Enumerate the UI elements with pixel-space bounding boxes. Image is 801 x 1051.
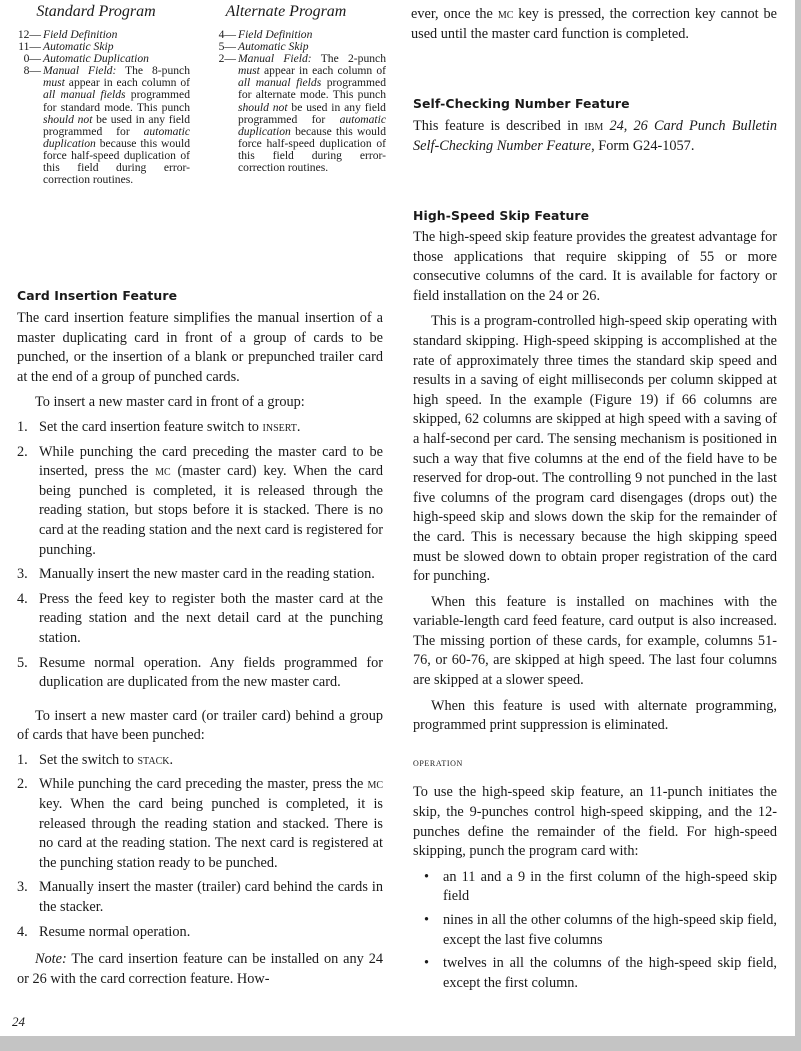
list-item: 3.Manually insert the new master card in… — [17, 565, 383, 585]
list-item: 2.While punching the card preceding the … — [17, 775, 383, 873]
list-item: 1.Set the card insertion feature switch … — [17, 418, 383, 438]
behind-insert-steps: 1.Set the switch to stack.2.While punchi… — [17, 751, 383, 942]
alternate-program-title: Alternate Program — [196, 3, 376, 21]
step-number: 1. — [17, 751, 28, 771]
front-insert-lead: To insert a new master card in front of … — [17, 393, 383, 413]
operation-bullets: •an 11 and a 9 in the first column of th… — [413, 868, 777, 994]
punch-code: 2— — [210, 53, 236, 65]
bullet-icon: • — [424, 868, 429, 888]
punch-code: 8— — [15, 65, 41, 77]
self-checking-section: Self-Checking Number Feature This featur… — [413, 96, 777, 156]
card-insertion-section: Card Insertion Feature The card insertio… — [17, 288, 383, 989]
operation-text: To use the high-speed skip feature, an 1… — [413, 783, 777, 861]
hss-paragraph-4: When this feature is used with alternate… — [413, 697, 777, 736]
list-item: 4.Resume normal operation. — [17, 923, 383, 943]
step-number: 5. — [17, 654, 28, 674]
card-insertion-heading: Card Insertion Feature — [17, 288, 383, 303]
operation-subheading: Operation — [413, 754, 777, 774]
step-number: 4. — [17, 923, 28, 943]
bullet-icon: • — [424, 911, 429, 931]
step-number: 2. — [17, 775, 28, 795]
card-insertion-intro: The card insertion feature simplifies th… — [17, 309, 383, 387]
list-item: 5.Resume normal operation. Any fields pr… — [17, 654, 383, 693]
program-code-item: 8—Manual Field: The 8-punch must appear … — [15, 65, 190, 186]
list-item: 4.Press the feed key to register both th… — [17, 590, 383, 649]
note-label: Note: — [35, 951, 67, 967]
self-checking-heading: Self-Checking Number Feature — [413, 96, 777, 111]
front-insert-steps: 1.Set the card insertion feature switch … — [17, 418, 383, 693]
standard-program-list: 12—Field Definition11—Automatic Skip0—Au… — [15, 29, 190, 186]
list-item: 1.Set the switch to stack. — [17, 751, 383, 771]
behind-insert-lead: To insert a new master card (or trailer … — [17, 707, 383, 746]
list-item: •an 11 and a 9 in the first column of th… — [413, 868, 777, 907]
hss-paragraph-1: The high-speed skip feature provides the… — [413, 228, 777, 306]
step-number: 2. — [17, 443, 28, 463]
standard-program-title: Standard Program — [6, 3, 186, 21]
self-checking-text: This feature is described in ibm 24, 26 … — [413, 117, 777, 156]
note-continuation: ever, once the mc key is pressed, the co… — [411, 5, 777, 44]
bullet-icon: • — [424, 954, 429, 974]
high-speed-skip-heading: High-Speed Skip Feature — [413, 208, 777, 223]
list-item: •twelves in all the columns of the high-… — [413, 954, 777, 993]
step-number: 1. — [17, 418, 28, 438]
step-number: 3. — [17, 565, 28, 585]
page-number: 24 — [12, 1014, 25, 1030]
high-speed-skip-section: High-Speed Skip Feature The high-speed s… — [413, 208, 777, 993]
note-text: The card insertion feature can be instal… — [17, 951, 383, 987]
alternate-program-list: 4—Field Definition5—Automatic Skip2—Manu… — [210, 29, 386, 174]
document-page: Standard Program Alternate Program 12—Fi… — [0, 0, 795, 1036]
step-number: 4. — [17, 590, 28, 610]
list-item: 3.Manually insert the master (trailer) c… — [17, 878, 383, 917]
list-item: •nines in all the other columns of the h… — [413, 911, 777, 950]
program-code-item: 2—Manual Field: The 2-punch must appear … — [210, 53, 386, 174]
step-number: 3. — [17, 878, 28, 898]
hss-paragraph-3: When this feature is installed on machin… — [413, 593, 777, 691]
list-item: 2.While punching the card preceding the … — [17, 443, 383, 561]
hss-paragraph-2: This is a program-controlled high-speed … — [413, 312, 777, 586]
card-insertion-note: Note: The card insertion feature can be … — [17, 950, 383, 989]
